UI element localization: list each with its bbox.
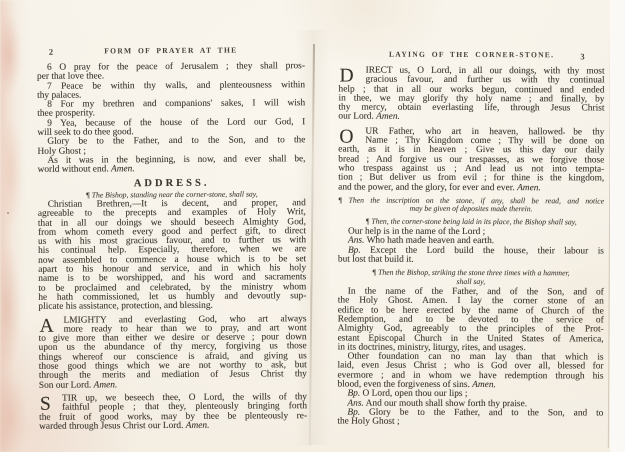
page-left: 2 FORM OF PRAYER AT THE 6 O pray for the… <box>37 45 307 432</box>
body-text: and the power, and the glory, for ever a… <box>338 182 517 193</box>
body-text: may be given of deposites made therein. <box>410 204 533 213</box>
italic-text: Amen. <box>111 164 135 174</box>
body-text: but lost that build it. <box>338 255 414 265</box>
page-right-text: DIRECT us, O Lord, in all our doings, wi… <box>337 67 604 428</box>
italic-text: Amen. <box>517 183 541 193</box>
text-line: our Lord. Amen. <box>338 113 604 123</box>
text-line: warded through Jesus Christ our Lord. Am… <box>39 421 307 432</box>
text-line: world without end. Amen. <box>38 164 306 175</box>
running-header-right: LAYING OF THE CORNER-STONE. <box>341 50 602 60</box>
running-header-left: FORM OF PRAYER AT THE <box>40 45 303 56</box>
body-text: ADDRESS. <box>134 177 210 188</box>
italic-text: Amen. <box>376 112 400 122</box>
page-right: LAYING OF THE CORNER-STONE. 3 DIRECT us,… <box>337 50 604 428</box>
text-line: Son our Lord. Amen. <box>39 380 307 391</box>
text-line: the Holy Ghost ; <box>337 418 603 428</box>
page-left-text: 6 O pray for the peace of Jerusalem ; th… <box>37 62 307 432</box>
body-text: the Holy Ghost ; <box>337 417 399 427</box>
page-number-right: 3 <box>580 51 584 61</box>
book-scan: 2 FORM OF PRAYER AT THE 6 O pray for the… <box>0 0 625 452</box>
section-heading: ADDRESS. <box>38 177 306 190</box>
italic-text: Amen. <box>94 380 118 390</box>
italic-text: Amen. <box>472 380 496 390</box>
body-text: plicate his assistance, protection, and … <box>38 301 212 312</box>
paper-edge <box>608 4 611 448</box>
text-line: but lost that build it. <box>338 256 604 266</box>
book-edge-texture <box>0 0 26 452</box>
page-left-header: 2 FORM OF PRAYER AT THE <box>37 45 305 57</box>
rubric-line: shall say, <box>338 277 604 286</box>
text-line: and the power, and the glory, for ever a… <box>338 183 604 193</box>
scanner-background <box>610 0 625 452</box>
rubric-line: ¶ Then, the corner-stone being laid in i… <box>338 217 604 226</box>
rubric-line: may be given of deposites made therein. <box>338 205 604 214</box>
body-text: ¶ The Bishop, standing near the corner-s… <box>86 189 258 199</box>
page-gutter-crease <box>309 44 315 446</box>
body-text: our Lord. <box>338 112 376 122</box>
italic-text: Amen. <box>186 421 210 431</box>
body-text: world without end. <box>38 165 111 175</box>
body-text: shall say, <box>457 277 486 286</box>
scan-speck <box>7 212 9 214</box>
body-text: warded through Jesus Christ our Lord. <box>39 421 186 432</box>
page-right-header: LAYING OF THE CORNER-STONE. 3 <box>339 50 605 61</box>
text-line: plicate his assistance, protection, and … <box>38 301 306 312</box>
body-text: Son our Lord. <box>39 380 94 390</box>
body-text: ¶ Then, the corner-stone being laid in i… <box>365 216 576 226</box>
